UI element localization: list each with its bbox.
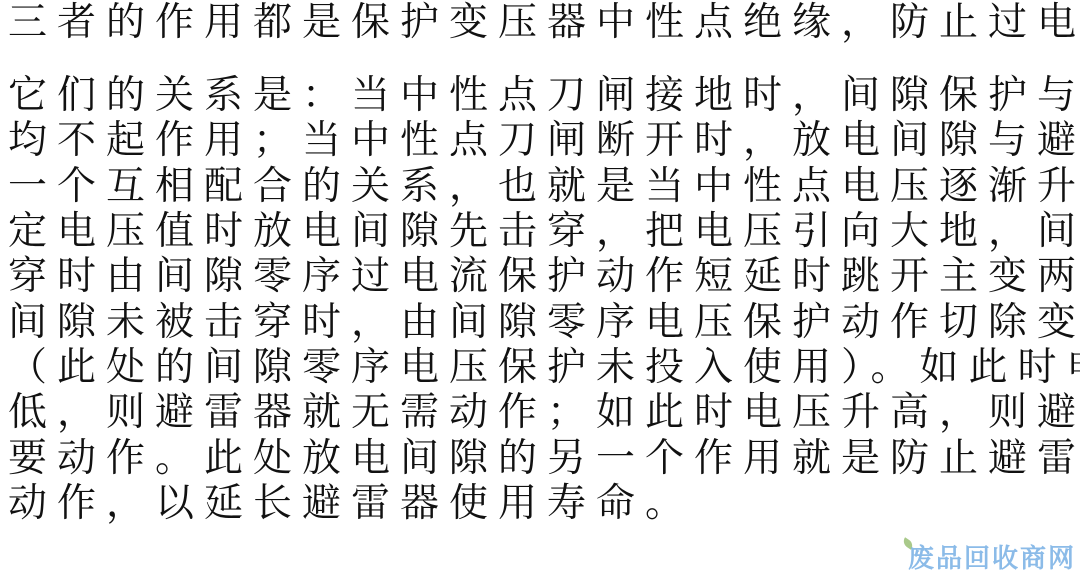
paragraph-2-line-7: （此处的间隙零序电压保护未投入使用）。如此时电压降	[8, 345, 1080, 391]
paragraph-2-line-4: 定电压值时放电间隙先击穿，把电压引向大地，间隙被击	[8, 209, 1080, 255]
paragraph-2-line-1: 它们的关系是：当中性点刀闸接地时，间隙保护与避雷器	[8, 73, 1080, 119]
paragraph-2-line-8: 低，则避雷器就无需动作；如此时电压升高，则避雷器就	[8, 390, 1080, 436]
paragraph-2-line-9: 要动作。此处放电间隙的另一个作用就是防止避雷器频繁	[8, 436, 1080, 482]
paragraph-1-line-1: 三者的作用都是保护变压器中性点绝缘，防止过电压。	[8, 0, 1080, 46]
paragraph-2-line-10: 动作，以延长避雷器使用寿命。	[8, 481, 694, 527]
watermark: 废品回收商网	[908, 538, 1076, 575]
paragraph-2-line-3: 一个互相配合的关系，也就是当中性点电压逐渐升高到一	[8, 164, 1080, 210]
paragraph-2-line-5: 穿时由间隙零序过电流保护动作短延时跳开主变两侧开关。	[8, 254, 1080, 300]
paragraph-2-line-2: 均不起作用；当中性点刀闸断开时，放电间隙与避雷器有	[8, 118, 1080, 164]
paragraph-2-line-6: 间隙未被击穿时，由间隙零序电压保护动作切除变压器	[8, 300, 1080, 346]
